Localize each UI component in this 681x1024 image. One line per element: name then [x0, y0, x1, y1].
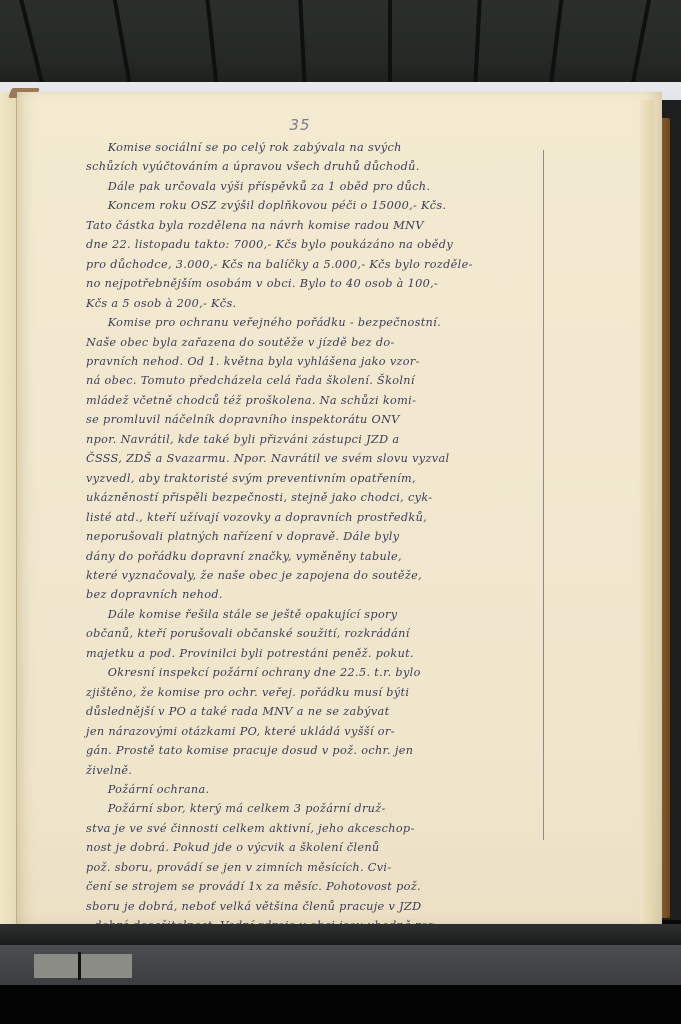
background-floor [0, 985, 681, 1024]
text-line: Kčs a 5 osob à 200,- Kčs. [86, 294, 548, 313]
text-line: mládež včetně chodců též proškolena. Na … [86, 391, 548, 410]
text-line: občanů, kteří porušovali občanské soužit… [86, 624, 548, 643]
text-line: ČSSS, ZDŠ a Svazarmu. Npor. Navrátil ve … [86, 449, 548, 468]
text-line: jen nárazovými otázkami PO, které ukládá… [86, 722, 548, 741]
text-line: stva je ve své činnosti celkem aktivní, … [86, 819, 548, 838]
ceiling-slat [205, 0, 219, 86]
text-line: Požární ochrana. [86, 780, 548, 799]
ceiling-slat [473, 0, 482, 86]
text-line: Naše obec byla zařazena do soutěže v jíz… [86, 333, 548, 352]
ceiling-slat [629, 0, 652, 86]
text-line: ukázněností přispěli bezpečnosti, stejně… [86, 488, 548, 507]
label-tag-mark [78, 952, 81, 980]
text-line: Dále komise řešila stále se ještě opakuj… [86, 605, 548, 624]
text-line: neporušovali platných nařízení v dopravě… [86, 527, 548, 546]
label-tag [34, 954, 132, 978]
text-line: pož. sboru, provádí se jen v zimních měs… [86, 858, 548, 877]
text-line: Koncem roku OSZ zvýšil doplňkovou péči o… [86, 196, 548, 215]
text-line: gán. Prostě tato komise pracuje dosud v … [86, 741, 548, 760]
ceiling-slat [298, 0, 307, 86]
ceiling-slat [548, 0, 564, 86]
text-line: se promluvil náčelník dopravního inspekt… [86, 410, 548, 429]
text-line: npor. Navrátil, kde také byli přizváni z… [86, 430, 548, 449]
handwritten-text-block: Komise sociální se po celý rok zabývala … [86, 138, 554, 974]
left-page-edge [0, 92, 18, 924]
text-line: no nejpotřebnějším osobám v obci. Bylo t… [86, 274, 548, 293]
text-line: dány do pořádku dopravní značky, vyměněn… [86, 547, 548, 566]
text-line: Komise pro ochranu veřejného pořádku - b… [86, 313, 548, 332]
text-line: vyzvedl, aby traktoristé svým preventivn… [86, 469, 548, 488]
text-line: schůzích vyúčtováním a úpravou všech dru… [86, 157, 548, 176]
text-line: sboru je dobrá, neboť velká většina člen… [86, 897, 548, 916]
background-ceiling [0, 0, 681, 86]
text-line: Tato částka byla rozdělena na návrh komi… [86, 216, 548, 235]
text-line: bez dopravních nehod. [86, 585, 548, 604]
scanner-shelf [0, 924, 681, 946]
ceiling-slat [112, 0, 133, 86]
text-line: nost je dobrá. Pokud jde o výcvik a škol… [86, 838, 548, 857]
text-line: živelně. [86, 761, 548, 780]
ceiling-slat [18, 0, 46, 86]
text-line: pro důchodce, 3.000,- Kčs na balíčky a 5… [86, 255, 548, 274]
page-right-fold [640, 100, 654, 922]
text-line: Požární sbor, který má celkem 3 požární … [86, 799, 548, 818]
text-line: Dále pak určovala výši příspěvků za 1 ob… [86, 177, 548, 196]
text-line: ná obec. Tomuto předcházela celá řada šk… [86, 371, 548, 390]
text-line: pravních nehod. Od 1. května byla vyhláš… [86, 352, 548, 371]
ceiling-slat [388, 0, 392, 86]
text-line: které vyznačovaly, že naše obec je zapoj… [86, 566, 548, 585]
text-line: dne 22. listopadu takto: 7000,- Kčs bylo… [86, 235, 548, 254]
text-line: Okresní inspekcí požární ochrany dne 22.… [86, 663, 548, 682]
text-line: listé atd., kteří užívají vozovky a dopr… [86, 508, 548, 527]
text-line: důslednější v PO a také rada MNV a ne se… [86, 702, 548, 721]
text-line: zjištěno, že komise pro ochr. veřej. poř… [86, 683, 548, 702]
text-line: čení se strojem se provádí 1x za měsíc. … [86, 877, 548, 896]
page-number: 35 [280, 116, 320, 134]
text-line: Komise sociální se po celý rok zabývala … [86, 138, 548, 157]
text-line: majetku a pod. Provinilci byli potrestán… [86, 644, 548, 663]
